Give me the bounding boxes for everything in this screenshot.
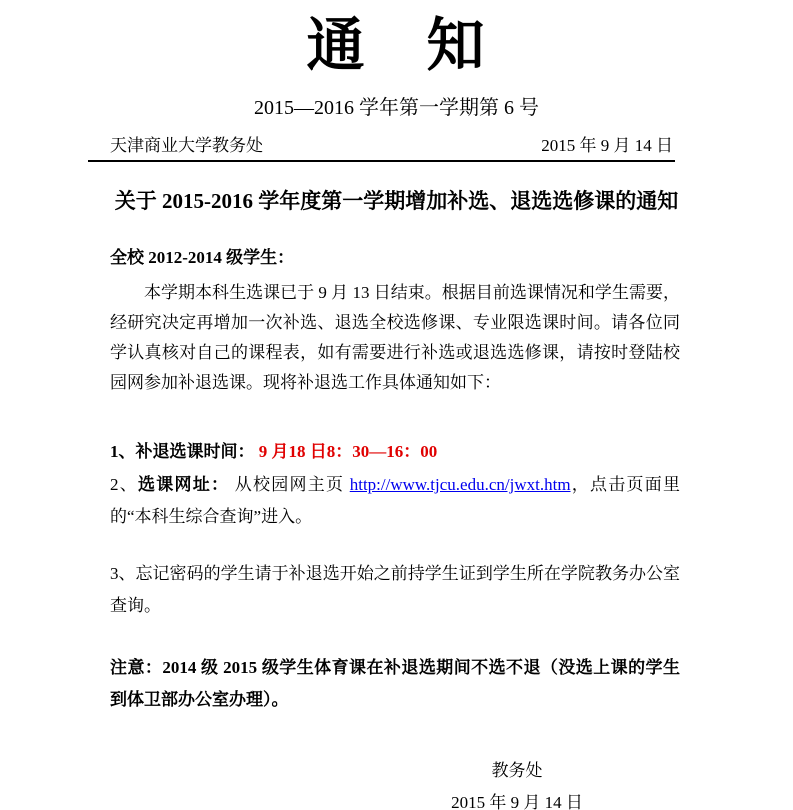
document-title: 通 知 — [0, 10, 793, 82]
item2-prefix: 2、 — [110, 475, 138, 494]
signature-block: 教务处 2015 年 9 月 14 日 — [397, 760, 637, 810]
item1-label: 1、补退选课时间： — [110, 442, 255, 461]
signature-date: 2015 年 9 月 14 日 — [397, 792, 637, 810]
note-paragraph: 注意：2014 级 2015 级学生体育课在补退选期间不选不退（没选上课的学生到… — [110, 652, 680, 716]
document-header-row: 天津商业大学教务处 2015 年 9 月 14 日 — [110, 135, 673, 157]
notice-document: 通 知 2015—2016 学年第一学期第 6 号 天津商业大学教务处 2015… — [0, 0, 793, 810]
intro-paragraph: 本学期本科生选课已于 9 月 13 日结束。根据目前选课情况和学生需要，经研究决… — [110, 278, 680, 398]
item2-label: 选课网址： — [138, 475, 229, 494]
notice-heading: 关于 2015-2016 学年度第一学期增加补选、退选选修课的通知 — [60, 188, 733, 214]
item1-time-value: 9 月18 日8：30—16：00 — [259, 442, 438, 461]
list-item-time: 1、补退选课时间： 9 月18 日8：30—16：00 — [110, 436, 680, 468]
header-divider — [88, 160, 675, 162]
salutation: 全校 2012-2014 级学生： — [110, 247, 680, 269]
item2-text-before-link: 从校园网主页 — [235, 475, 350, 494]
header-date: 2015 年 9 月 14 日 — [541, 135, 673, 157]
issuer-name: 天津商业大学教务处 — [110, 135, 263, 157]
list-item-password: 3、忘记密码的学生请于补退选开始之前持学生证到学生所在学院教务办公室查询。 — [110, 558, 680, 622]
issue-number-line: 2015—2016 学年第一学期第 6 号 — [0, 96, 793, 120]
course-selection-link[interactable]: http://www.tjcu.edu.cn/jwxt.htm — [350, 475, 571, 494]
list-item-url: 2、选课网址： 从校园网主页 http://www.tjcu.edu.cn/jw… — [110, 469, 680, 533]
signature-name: 教务处 — [397, 760, 637, 782]
